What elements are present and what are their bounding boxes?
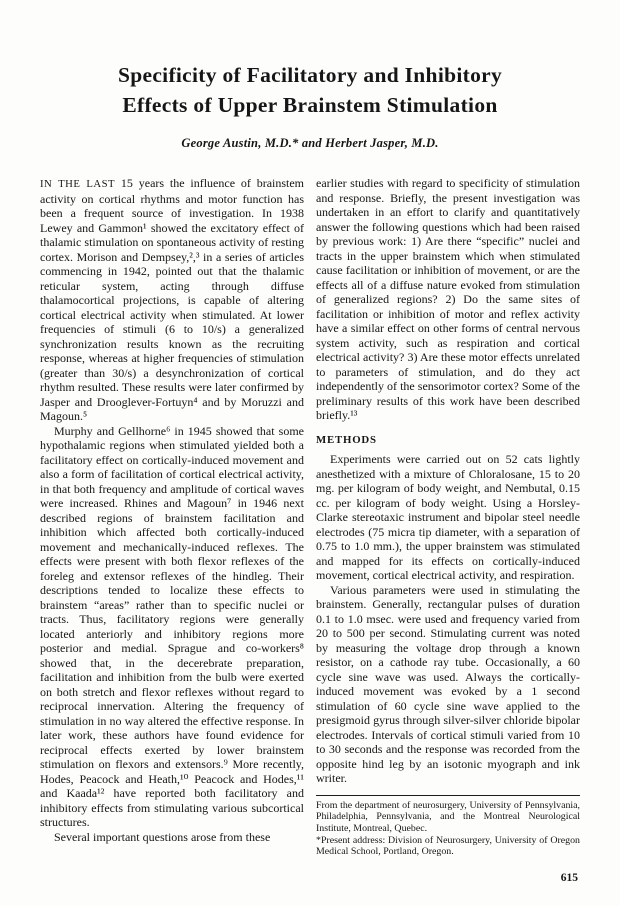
- page-number: 615: [561, 872, 578, 884]
- article-title: Specificity of Facilitatory and Inhibito…: [0, 60, 620, 120]
- paragraph-intro-text: 15 years the influence of brainstem acti…: [40, 176, 304, 423]
- footnote-present-address: *Present address: Division of Neurosurge…: [316, 835, 580, 858]
- article-title-line2: Effects of Upper Brainstem Stimulation: [0, 90, 620, 120]
- paragraph-questions-continued: earlier studies with regard to specifici…: [316, 176, 580, 423]
- author-byline: George Austin, M.D.* and Herbert Jasper,…: [0, 136, 620, 151]
- lead-small-caps: IN THE LAST: [40, 178, 115, 190]
- paragraph-parameters: Various parameters were used in stimulat…: [316, 583, 580, 786]
- methods-section-heading: METHODS: [316, 433, 580, 448]
- paragraph-murphy: Murphy and Gellhorne⁶ in 1945 showed tha…: [40, 424, 304, 830]
- left-column: IN THE LAST 15 years the influence of br…: [40, 176, 304, 844]
- paragraph-questions-lead: Several important questions arose from t…: [40, 830, 304, 845]
- paragraph-intro: IN THE LAST 15 years the influence of br…: [40, 176, 304, 424]
- footnote-block: From the department of neurosurgery, Uni…: [316, 795, 580, 859]
- journal-page: Specificity of Facilitatory and Inhibito…: [0, 0, 620, 906]
- paragraph-experiments: Experiments were carried out on 52 cats …: [316, 452, 580, 583]
- footnote-affiliation: From the department of neurosurgery, Uni…: [316, 800, 580, 835]
- right-column: earlier studies with regard to specifici…: [316, 176, 580, 858]
- article-title-line1: Specificity of Facilitatory and Inhibito…: [0, 60, 620, 90]
